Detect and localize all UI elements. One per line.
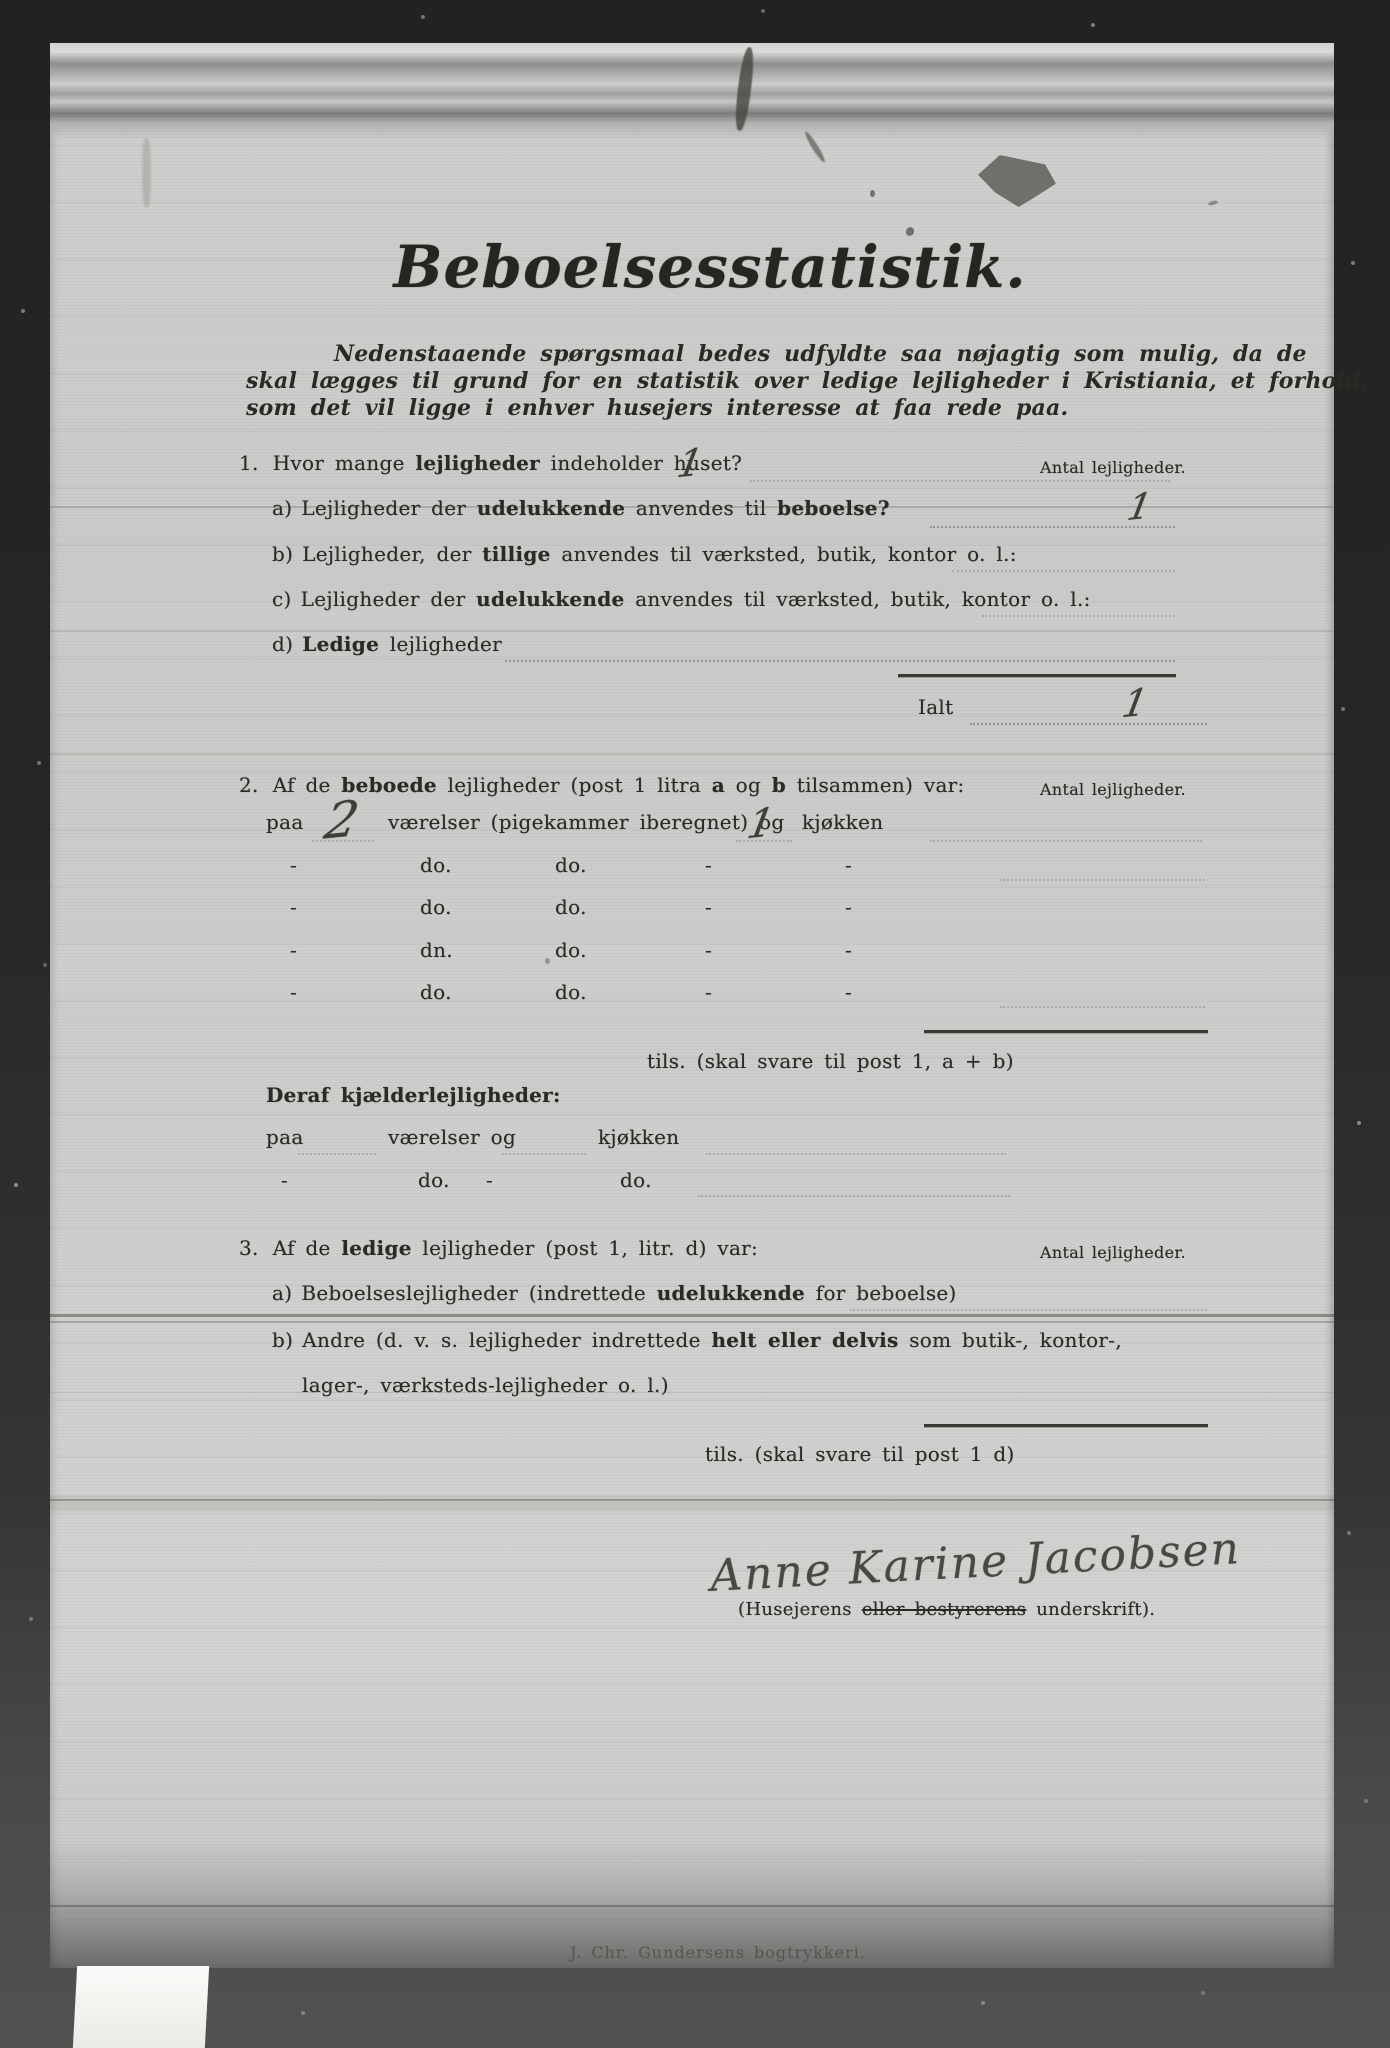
ink-blob [978,155,1056,207]
deraf-heading: Deraf kjælderlejligheder: [266,1083,561,1107]
tils-line-1: tils. (skal svare til post 1, a + b) [647,1049,1014,1073]
antal-label-2: Antal lejligheder. [1040,780,1186,799]
antal-label-3: Antal lejligheder. [1040,1243,1186,1262]
scan-line-double [50,1321,1334,1323]
question-1b: b)Lejligheder, der tillige anvendes til … [272,542,1017,566]
handwritten-ialt-value: 1 [1119,680,1152,726]
scan-line [50,1905,1334,1907]
dotted-leader [1000,879,1205,881]
kjaelder-kjoekken: kjøkken [598,1125,679,1149]
rooms-row-kjoekken: kjøkken [802,810,883,834]
dotted-leader [298,1153,376,1155]
tils-line-2: tils. (skal svare til post 1 d) [705,1442,1015,1466]
dotted-leader [850,1309,1207,1311]
scan-band [50,1641,1334,1701]
form-page: Beboelsesstatistik. Nedenstaaende spørgs… [50,43,1334,1968]
scanned-document: Beboelsesstatistik. Nedenstaaende spørgs… [0,0,1390,2048]
question-3b-line2: lager-, værksteds-lejligheder o. l.) [302,1373,669,1397]
struck-text: eller bestyrerens [862,1599,1026,1620]
intro-line-1: Nedenstaaende spørgsmaal bedes udfyldte … [246,341,1226,368]
dotted-leader [502,1153,586,1155]
dotted-leader [930,840,1202,842]
rooms-row-paa: paa [266,810,304,834]
dotted-leader [930,526,1175,528]
sum-rule-1 [898,674,1176,677]
page-top-edge-bands [50,43,1334,141]
dotted-leader [1000,1006,1205,1008]
dust-specks [0,0,2,2]
dotted-leader [982,615,1175,617]
question-3: 3.Af de ledige lejligheder (post 1, litr… [239,1236,758,1260]
question-2-number: 2. [239,773,259,797]
antal-label-1: Antal lejligheder. [1040,458,1186,477]
question-3-number: 3. [239,1236,259,1260]
handwritten-q1-value: 1 [674,440,707,486]
scan-line-double [50,1314,1334,1317]
dotted-leader [312,840,374,842]
dotted-leader [970,723,1207,725]
dotted-leader [952,570,1175,572]
signature-caption: (Husejerens eller bestyrerens underskrif… [738,1599,1155,1620]
dotted-leader [736,840,792,842]
question-1: 1.Hvor mange lejligheder indeholder huse… [239,451,742,475]
scan-line [50,1499,1334,1501]
handwritten-q1a-value: 1 [1124,486,1155,529]
dotted-leader [505,660,1175,662]
ink-dot [870,190,875,197]
ialt-label: Ialt [918,695,953,719]
dotted-leader [698,1195,1010,1197]
scan-line [50,1392,1334,1393]
scan-band [50,941,1334,993]
question-3b: b)Andre (d. v. s. lejligheder indrettede… [272,1328,1122,1352]
dotted-leader [706,1153,1006,1155]
question-1-number: 1. [239,451,259,475]
kjaelder-paa: paa [266,1125,304,1149]
scan-band [50,1495,1334,1511]
ink-dot [1208,200,1219,206]
question-1a: a)Lejligheder der udelukkende anvendes t… [272,496,890,520]
sum-rule-3 [924,1424,1208,1427]
question-1c: c)Lejligheder der udelukkende anvendes t… [272,587,1091,611]
intro-paragraph: Nedenstaaende spørgsmaal bedes udfyldte … [246,341,1226,422]
dotted-leader [750,480,1170,482]
scan-line [50,753,1334,755]
intro-line-2: skal lægges til grund for en statistik o… [246,368,1226,395]
edge-smudge [142,138,151,208]
handwritten-signature: Anne Karine Jacobsen [709,1523,1242,1602]
printer-footer: J. Chr. Gundersens bogtrykkeri. [570,1943,866,1962]
kjaelder-vaerelser: værelser og [388,1125,516,1149]
form-title: Beboelsesstatistik. [393,233,1026,301]
question-3a: a)Beboelseslejligheder (indrettede udelu… [272,1281,957,1305]
sum-rule-2 [924,1030,1208,1033]
question-1d: d)Ledige lejligheder [272,632,502,656]
white-paper-fragment [73,1966,209,2048]
rooms-row-vaerelser: værelser (pigekammer iberegnet) og [388,810,784,834]
intro-line-3: som det vil ligge i enhver husejers inte… [246,395,1226,422]
